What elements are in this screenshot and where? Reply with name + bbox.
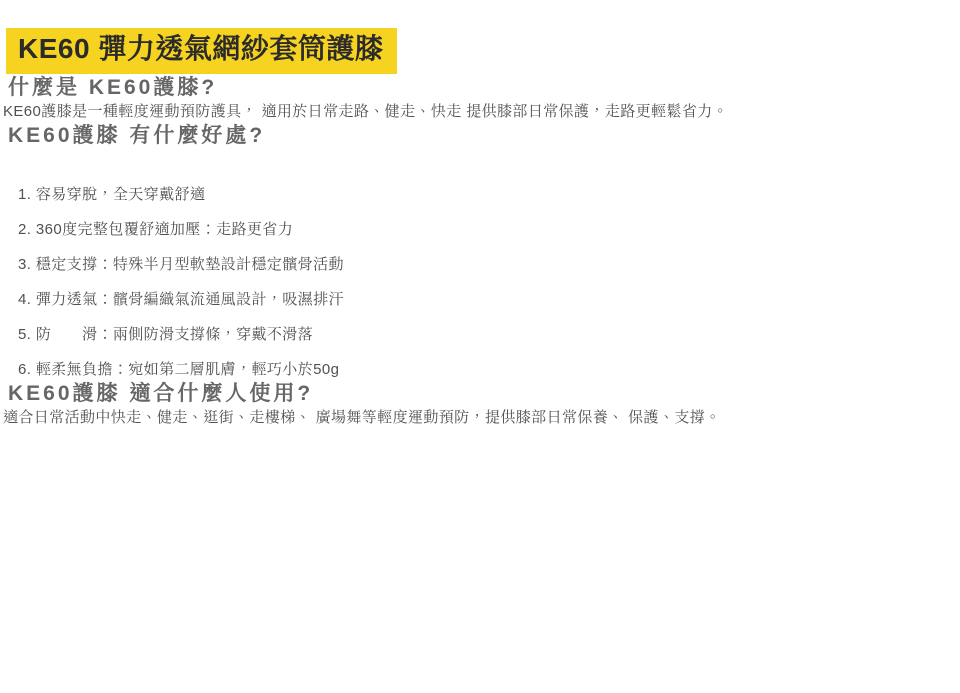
section-heading-what-is: 什麼是 KE60護膝?: [8, 74, 960, 101]
product-description-page: KE60 彈力透氣網紗套筒護膝 什麼是 KE60護膝? KE60護膝是一種輕度運…: [0, 0, 960, 693]
benefit-item: 3. 穩定支撐：特殊半月型軟墊設計穩定髕骨活動: [18, 254, 960, 275]
benefit-item: 5. 防 滑：兩側防滑支撐條，穿戴不滑落: [18, 324, 960, 345]
section-heading-who: KE60護膝 適合什麼人使用?: [8, 380, 960, 407]
what-is-paragraph: KE60護膝是一種輕度運動預防護具， 適用於日常走路、健走、快走 提供膝部日常保…: [3, 101, 960, 122]
benefit-item: 4. 彈力透氣：髕骨編織氣流通風設計，吸濕排汗: [18, 289, 960, 310]
benefit-list: 1. 容易穿脫，全天穿戴舒適 2. 360度完整包覆舒適加壓：走路更省力 3. …: [18, 184, 960, 380]
benefit-item: 1. 容易穿脫，全天穿戴舒適: [18, 184, 960, 205]
benefit-item: 6. 輕柔無負擔：宛如第二層肌膚，輕巧小於50g: [18, 359, 960, 380]
page-title: KE60 彈力透氣網紗套筒護膝: [6, 28, 397, 74]
benefit-item: 2. 360度完整包覆舒適加壓：走路更省力: [18, 219, 960, 240]
who-paragraph: 適合日常活動中快走、健走、逛街、走樓梯、 廣場舞等輕度運動預防，提供膝部日常保養…: [3, 407, 960, 428]
section-heading-benefits: KE60護膝 有什麼好處?: [8, 122, 960, 149]
